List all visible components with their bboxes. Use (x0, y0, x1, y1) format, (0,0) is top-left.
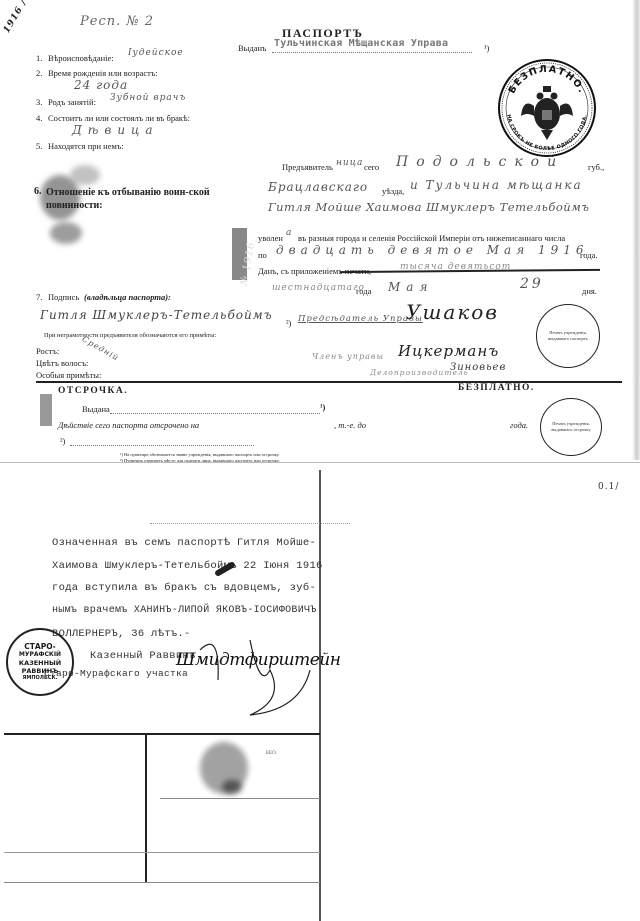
owner-signature: Гитля Шмуклеръ-Тетельбоймъ (40, 308, 273, 322)
field-6-num: 6. (34, 186, 42, 197)
ink-smudge (222, 780, 242, 794)
chairman-title: Предсѣдатель Управы (298, 314, 423, 324)
corner-note: 1916 / 2/20 (2, 0, 45, 35)
grid-line-h3 (4, 852, 320, 853)
release-by-prefix: по (258, 250, 267, 260)
release-year-word: года (356, 286, 371, 296)
dotted-fold (150, 523, 350, 524)
field-7-label: Подпись (48, 292, 79, 302)
feature-hair-label: Цвѣтъ волосъ: (36, 358, 88, 368)
release-text-b: въ разныя города и селенія Россійской Им… (298, 233, 565, 243)
field-5-num: 5. (36, 141, 42, 151)
bottom-mark: ЕЕО. (266, 751, 277, 756)
deferral-until-label: , т.-е. до (334, 420, 366, 430)
marriage-line-5: ВОЛЛЕРНЕРЪ, 36 лѣтъ.- (52, 628, 191, 640)
chairman-footnote: ²) (286, 318, 291, 328)
marriage-line-2: Хаимова Шмуклеръ-Тетельбоймъ 22 Іюня 191… (52, 560, 323, 572)
field-5-label: Находятся при немъ: (48, 141, 124, 151)
marriage-line-3: года вступила въ бракъ съ вдовцемъ, зуб- (52, 582, 316, 594)
field-7-num: 7. (36, 292, 42, 302)
release-hand-a: а (286, 228, 292, 238)
ink-smudge (70, 165, 100, 185)
field-6-label: Отношеніе къ отбыванію воин-ской повинно… (46, 186, 216, 212)
member-signature: Ицкерманъ (398, 342, 499, 360)
deferral-issued-label: Выдана (82, 404, 110, 414)
deferral-margin-mark (40, 394, 52, 426)
signature-flourish (190, 630, 320, 720)
release-until: двадцать девятое Мая 1916 (276, 243, 589, 257)
feature-height-label: Ростъ: (36, 346, 59, 356)
form-header: Респ. № 2 (80, 14, 154, 29)
rabbi-stamp: СТАРО- МУРАФСКІЙ КАЗЕННЫЙ РАВВИНЪ ЯМПОЛЬ… (6, 628, 74, 696)
release-year-label: года. (580, 250, 598, 260)
deferral-issued-line (110, 403, 320, 414)
member-title: Членъ управы (312, 352, 384, 361)
field-1-value: Іудейское (128, 48, 184, 58)
field-2-num: 2. (36, 68, 42, 78)
seal-placeholder-1: Печать учрежденія, выдавшаго паспортъ (536, 304, 600, 368)
field-4-label: Состоитъ ли или состоялъ ли въ бракѣ: (48, 113, 190, 123)
page-separator (0, 462, 640, 463)
deferral-sign-footnote: ²) (60, 436, 65, 446)
field-4-num: 4. (36, 113, 42, 123)
grid-line-h1 (4, 733, 320, 735)
issued-by-label: Выданъ (238, 43, 266, 53)
bearer-district: Брацлавскаго (268, 180, 368, 194)
deferral-issued-footnote: ¹) (320, 402, 325, 412)
marriage-line-4: нымъ врачемъ ХАНИНЪ-ЛИПОЙ ЯКОВЪ-ІОСИФОВИ… (52, 605, 317, 616)
ink-smudge (50, 222, 82, 244)
field-4-value: Дѣвица (72, 123, 159, 137)
bearer-prefix-suffix: сего (364, 162, 379, 172)
illiterate-note: При неграмотности предъявителя обозначаю… (44, 332, 216, 339)
field-2-label: Время рожденія или возрастъ: (48, 68, 158, 78)
issued-by-footnote: ¹) (484, 43, 489, 53)
field-1-num: 1. (36, 53, 42, 63)
page-edge (632, 0, 640, 460)
deferral-free: БЕЗПЛАТНО. (458, 383, 535, 393)
deferral-sign-line (70, 435, 254, 446)
page-mark: 0.1/ (598, 482, 619, 492)
release-month: Мая (388, 280, 433, 294)
release-given-hand2: шестнадцатаго (272, 283, 365, 293)
deferral-title: ОТСРОЧКА. (58, 386, 128, 396)
bearer-district-label: уѣзда, (382, 186, 404, 196)
deferral-validity-label: Дѣйствіе сего паспорта отсрочено на (58, 420, 199, 430)
field-3-num: 3. (36, 97, 42, 107)
grid-line-v1 (145, 733, 147, 883)
field-3-value: Зубной врачъ (110, 93, 186, 103)
field-2-value: 24 года (74, 78, 128, 92)
field-7-label-italic: (владѣльца паспорта): (84, 292, 171, 302)
bearer-province-suffix: губ., (588, 162, 604, 172)
chairman-signature: Ушаков (406, 300, 499, 324)
feature-marks-label: Особыя примѣты: (36, 370, 101, 380)
bearer-name: Гитля Мойше Хаимова Шмуклеръ Тетельбоймъ (268, 200, 589, 214)
grid-line-h4 (4, 882, 320, 883)
seal-placeholder-2: Печать учрежденія, выдавшаго отсрочку (540, 398, 602, 456)
release-day: 29 (520, 276, 544, 292)
footnote-1: ¹) На пунктиръ обозначается званіе учреж… (120, 452, 280, 457)
grid-line-h2 (160, 798, 320, 799)
field-3-label: Родъ занятій: (48, 97, 96, 107)
eagle-emblem-icon (521, 86, 573, 140)
deferral-year-label: года. (510, 420, 528, 430)
field-1-label: Вѣроисповѣданіе: (48, 53, 114, 63)
release-text-a: уволен (258, 233, 283, 243)
bearer-town: и Тульчина мѣщанка (410, 178, 583, 192)
release-day-label: дня. (582, 286, 597, 296)
marriage-line-1: Означенная въ семъ паспортѣ Гитля Мойше- (52, 537, 316, 549)
bearer-prefix-hand: ница (336, 158, 363, 168)
bearer-prefix: Предъявитель (282, 162, 333, 172)
issued-by-value: Тульчинская Мѣщанская Управа (274, 38, 448, 49)
bearer-province: Подольской (396, 154, 564, 170)
clerk-signature: Зиновьев (450, 362, 506, 373)
free-stamp: БЕЗПЛАТНО. НА СРОКЪ НЕ БОЛѢЕ ОДНОГО ГОДА… (497, 58, 597, 158)
strike-line (340, 269, 600, 273)
